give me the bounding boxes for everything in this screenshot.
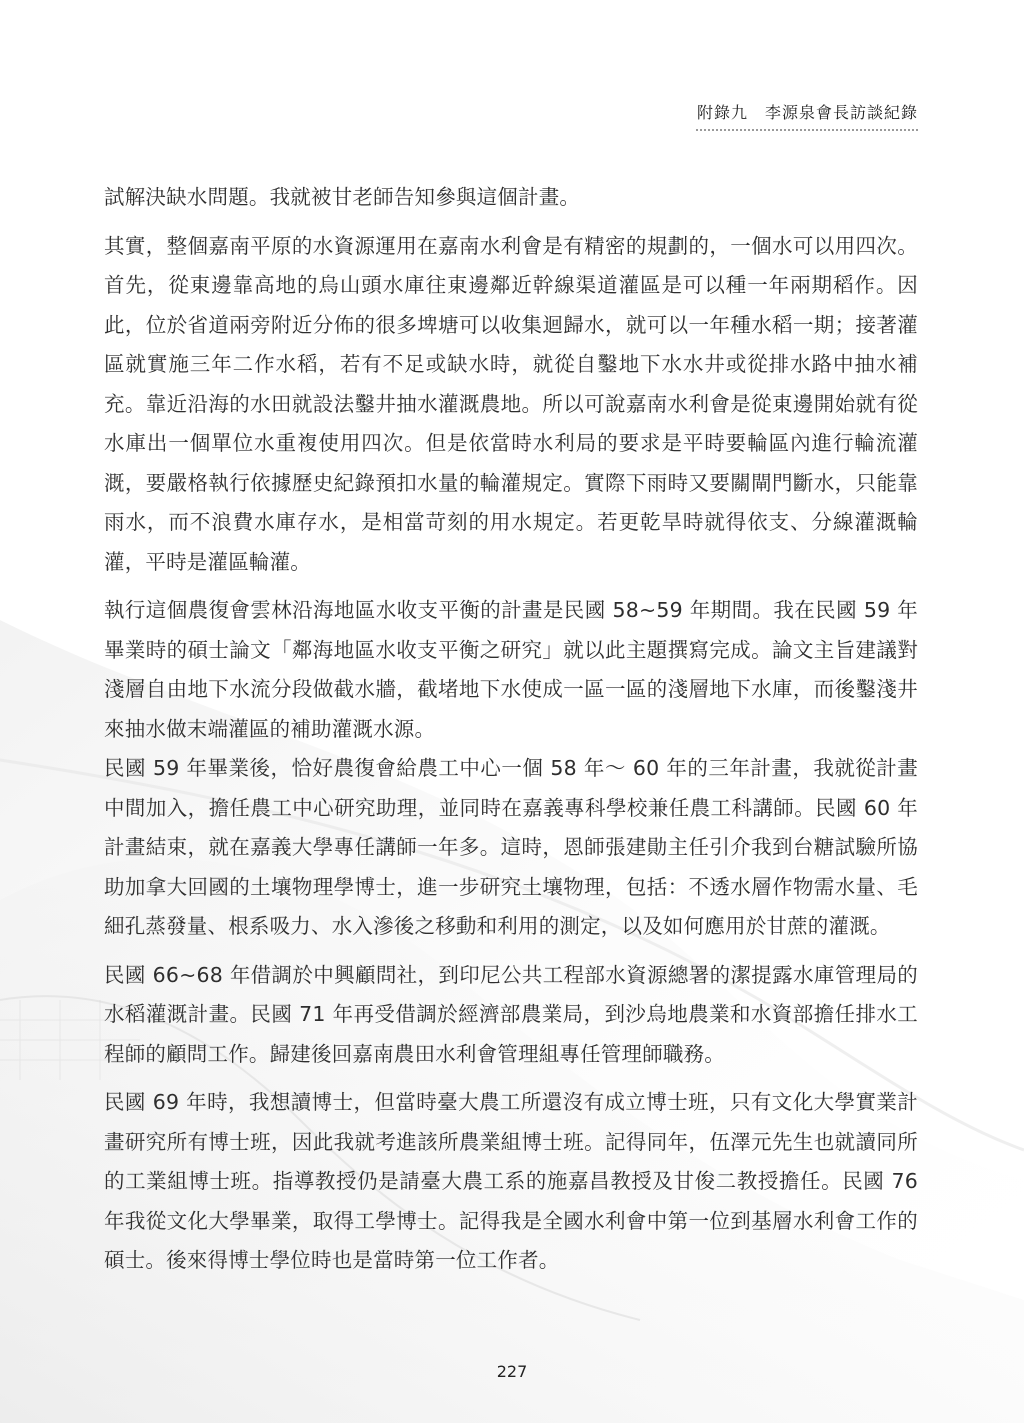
body-text: 試解決缺水問題。我就被甘老師告知參與這個計畫。 其實，整個嘉南平原的水資源運用在… (104, 178, 918, 1290)
paragraph: 民國 69 年時，我想讀博士，但當時臺大農工所還沒有成立博士班，只有文化大學實業… (104, 1083, 918, 1281)
paragraph: 民國 66~68 年借調於中興顧問社，到印尼公共工程部水資源總署的潔提露水庫管理… (104, 956, 918, 1075)
header-dotted-rule (696, 129, 918, 131)
page-number: 227 (0, 1362, 1024, 1381)
running-header-title: 附錄九 李源泉會長訪談紀錄 (696, 100, 918, 123)
paragraph: 其實，整個嘉南平原的水資源運用在嘉南水利會是有精密的規劃的，一個水可以用四次。首… (104, 227, 918, 583)
running-header: 附錄九 李源泉會長訪談紀錄 (696, 100, 918, 131)
paragraph: 執行這個農復會雲林沿海地區水收支平衡的計畫是民國 58~59 年期間。我在民國 … (104, 591, 918, 749)
paragraph: 民國 59 年畢業後，恰好農復會給農工中心一個 58 年～ 60 年的三年計畫，… (104, 749, 918, 947)
paragraph: 試解決缺水問題。我就被甘老師告知參與這個計畫。 (104, 178, 918, 218)
